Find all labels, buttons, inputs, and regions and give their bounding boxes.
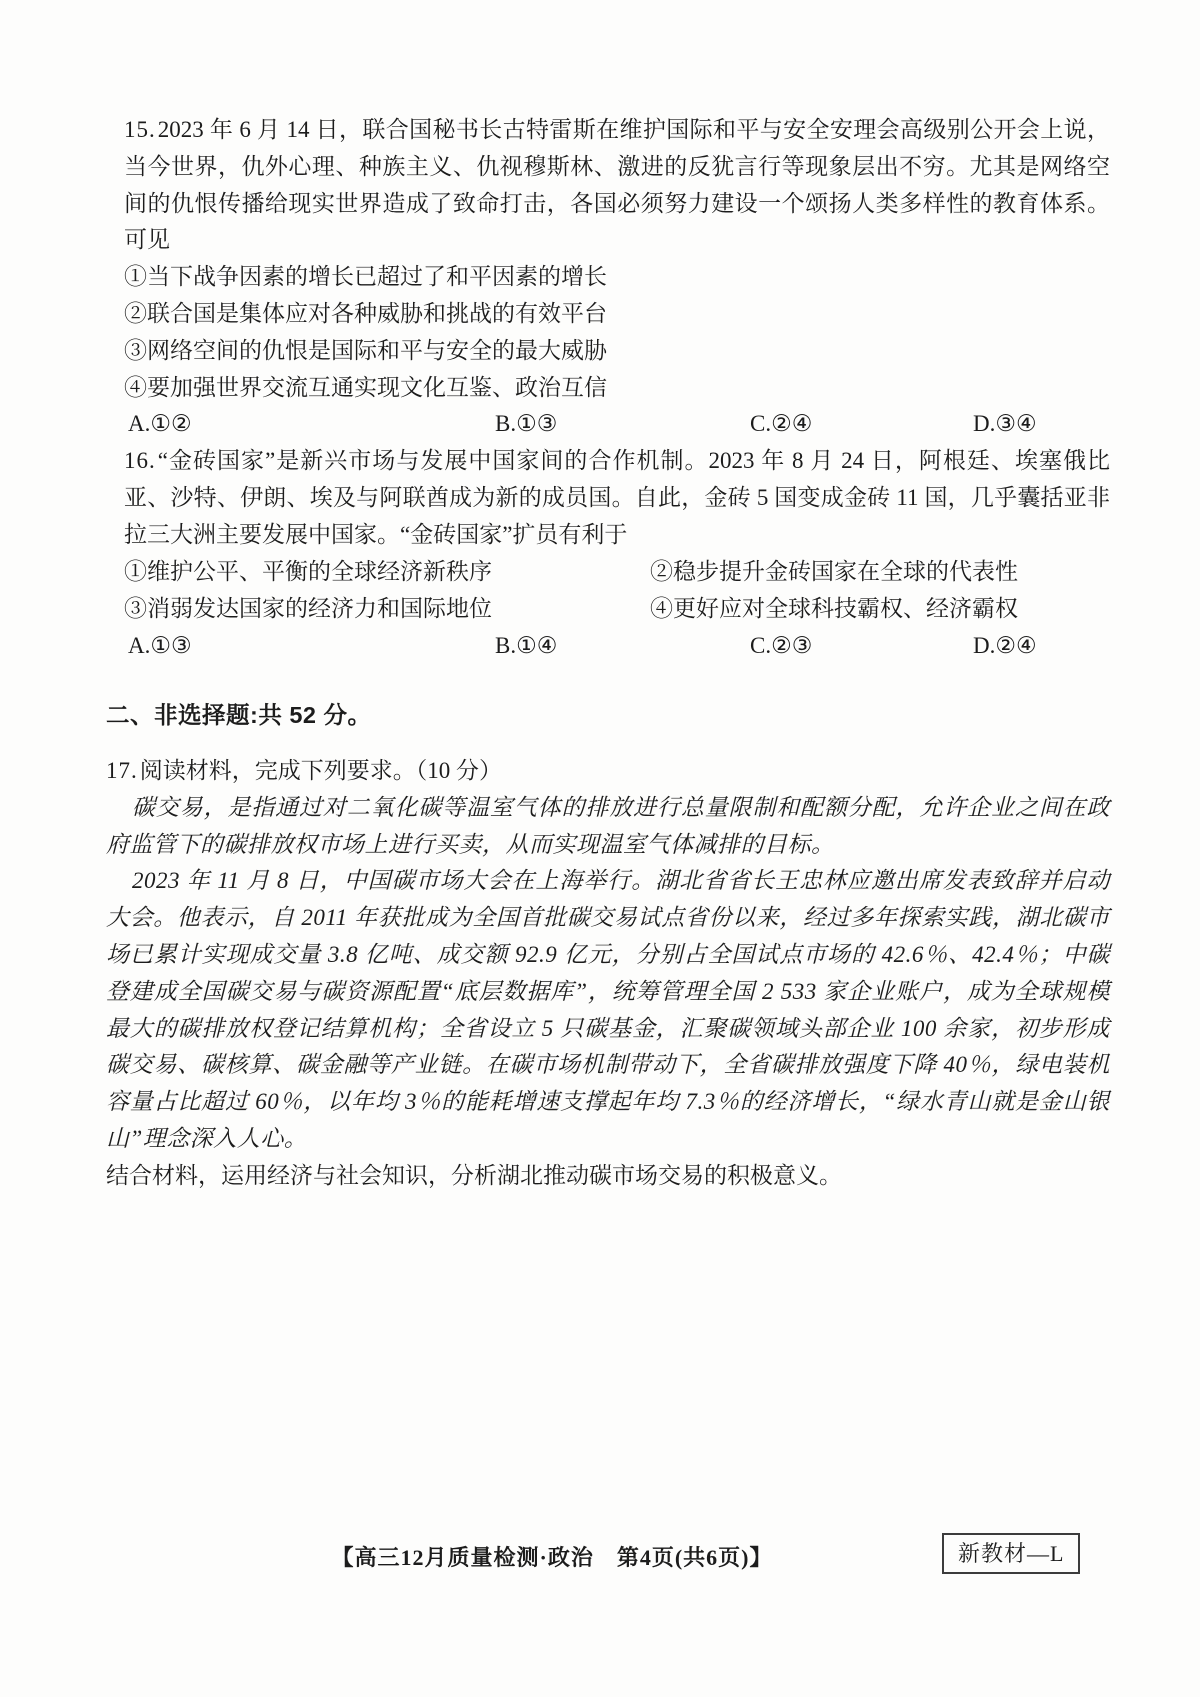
question-16-number: 16. (124, 448, 156, 473)
question-17-number: 17. (106, 758, 138, 783)
question-16-options-row-2: ③消弱发达国家的经济力和国际地位 ④更好应对全球科技霸权、经济霸权 (124, 591, 1110, 628)
question-17-material-paragraph-2: 2023 年 11 月 8 日，中国碳市场大会在上海举行。湖北省省长王忠林应邀出… (106, 863, 1110, 1157)
question-16-choice-c: C.②③ (750, 628, 812, 665)
question-15-stem: 15.2023 年 6 月 14 日，联合国秘书长古特雷斯在维护国际和平与安全安… (124, 112, 1110, 259)
footer-edition-tag: 新教材—L (942, 1533, 1080, 1574)
exam-page: 15.2023 年 6 月 14 日，联合国秘书长古特雷斯在维护国际和平与安全安… (0, 0, 1200, 1697)
question-15-choice-c: C.②④ (750, 406, 812, 443)
section-2-header: 二、非选择题:共 52 分。 (106, 697, 1110, 734)
question-16-option-4: ④更好应对全球科技霸权、经济霸权 (650, 591, 1018, 628)
question-17: 17.阅读材料，完成下列要求。（10 分） 碳交易，是指通过对二氧化碳等温室气体… (106, 753, 1110, 1195)
question-17-task: 结合材料，运用经济与社会知识，分析湖北推动碳市场交易的积极意义。 (106, 1158, 1110, 1195)
question-15-stem-text: 2023 年 6 月 14 日，联合国秘书长古特雷斯在维护国际和平与安全安理会高… (124, 117, 1110, 252)
question-16-stem: 16.“金砖国家”是新兴市场与发展中国家间的合作机制。2023 年 8 月 24… (124, 443, 1110, 553)
question-16-choice-d: D.②④ (973, 628, 1037, 665)
question-16-stem-text: “金砖国家”是新兴市场与发展中国家间的合作机制。2023 年 8 月 24 日，… (124, 448, 1110, 547)
page-content: 15.2023 年 6 月 14 日，联合国秘书长古特雷斯在维护国际和平与安全安… (106, 112, 1110, 1195)
question-15-option-2: ②联合国是集体应对各种威胁和挑战的有效平台 (124, 296, 1110, 333)
question-15-choice-b: B.①③ (495, 406, 557, 443)
footer-page-label: 【高三12月质量检测·政治 第4页(共6页)】 (0, 1541, 1104, 1572)
question-15-option-4: ④要加强世界交流互通实现文化互鉴、政治互信 (124, 370, 1110, 407)
question-15: 15.2023 年 6 月 14 日，联合国秘书长古特雷斯在维护国际和平与安全安… (124, 112, 1110, 443)
question-17-heading-text: 阅读材料，完成下列要求。（10 分） (140, 758, 502, 783)
question-15-choice-a: A.①② (128, 406, 192, 443)
question-16-options-row-1: ①维护公平、平衡的全球经济新秩序 ②稳步提升金砖国家在全球的代表性 (124, 554, 1110, 591)
question-16-choices: A.①③ B.①④ C.②③ D.②④ (124, 628, 1110, 665)
question-17-material-paragraph-1: 碳交易，是指通过对二氧化碳等温室气体的排放进行总量限制和配额分配，允许企业之间在… (106, 790, 1110, 864)
question-15-choice-d: D.③④ (973, 406, 1037, 443)
question-15-option-1: ①当下战争因素的增长已超过了和平因素的增长 (124, 259, 1110, 296)
question-16-option-2: ②稳步提升金砖国家在全球的代表性 (650, 554, 1018, 591)
question-17-heading: 17.阅读材料，完成下列要求。（10 分） (106, 753, 1110, 790)
question-16-choice-b: B.①④ (495, 628, 557, 665)
question-16-option-3: ③消弱发达国家的经济力和国际地位 (124, 591, 492, 628)
question-16-option-1: ①维护公平、平衡的全球经济新秩序 (124, 554, 492, 591)
question-15-number: 15. (124, 117, 156, 142)
question-16-choice-a: A.①③ (128, 628, 192, 665)
question-15-option-3: ③网络空间的仇恨是国际和平与安全的最大威胁 (124, 333, 1110, 370)
question-16: 16.“金砖国家”是新兴市场与发展中国家间的合作机制。2023 年 8 月 24… (124, 443, 1110, 664)
question-15-choices: A.①② B.①③ C.②④ D.③④ (124, 406, 1110, 443)
